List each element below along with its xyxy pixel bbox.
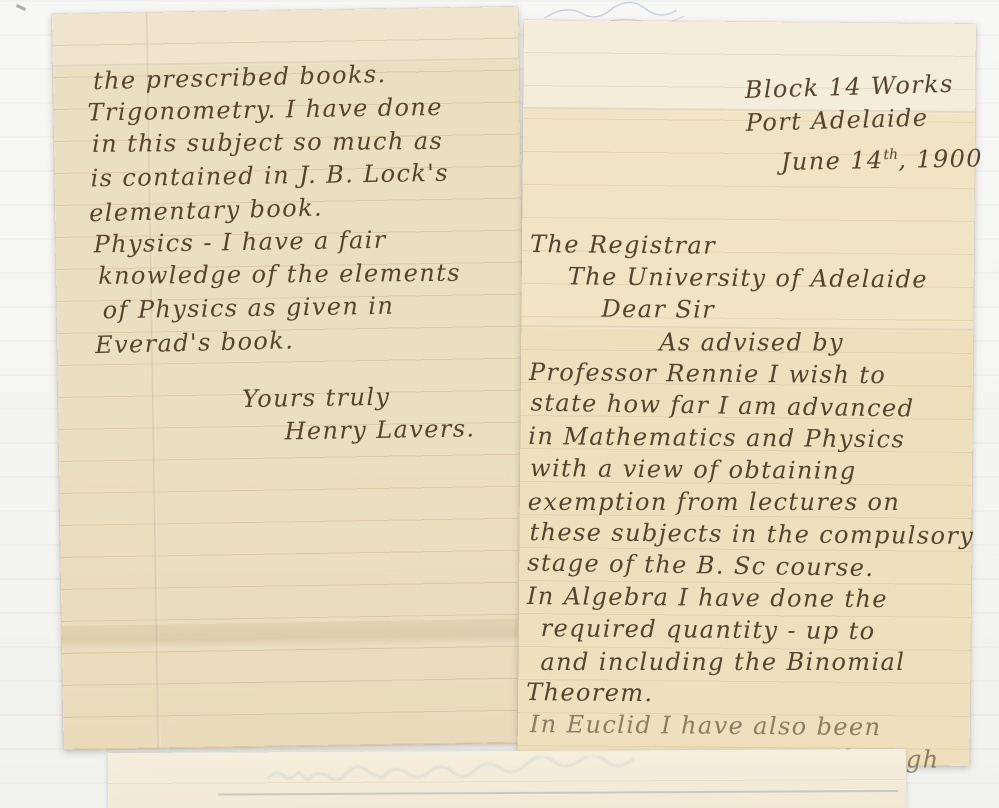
body-line: In Algebra I have done the [527,580,967,616]
closing-line: Yours truly [242,379,512,416]
date-main: June 14 [781,146,884,176]
body-line: with a view of obtaining [530,452,968,488]
address-line: Port Adelaide [745,101,955,140]
body-line: state how far I am advanced [530,387,968,426]
body-line: In Euclid I have also been [530,708,966,744]
body-line: required quantity - up to [541,612,967,648]
body-line: As advised by [659,327,969,359]
body-line: these subjects in the compulsory [529,516,967,552]
letter-page-right: Block 14 Works Port Adelaide June 14th, … [518,20,976,766]
body-line: Professor Rennie I wish to [529,356,969,392]
left-page-text: the prescribed books. Trigonometry. I ha… [87,57,513,452]
body-line: stage of the B. Sc course. [527,547,967,586]
letter-scan: the prescribed books. Trigonometry. I ha… [0,0,999,808]
salutation: Dear Sir [601,293,969,328]
faint-showthrough-writing [258,756,778,793]
sender-address: Block 14 Works Port Adelaide [744,68,955,140]
signature: Henry Lavers. [284,412,512,449]
body-line: and including the Binomial [540,646,966,678]
letter-page-left: the prescribed books. Trigonometry. I ha… [52,7,530,750]
bottom-fold-crease [62,619,528,652]
body-line: in Mathematics and Physics [528,420,968,456]
body-line: exemption from lectures on [528,486,968,518]
handwritten-line: in this subject so much as [92,124,508,161]
underlying-sheet [108,749,906,808]
recipient-line: The Registrar [530,228,970,264]
date-ordinal: th [883,147,898,163]
handwritten-line: knowledge of the elements [98,256,510,293]
recipient-line: The University of Adelaide [568,260,970,296]
date-year: , 1900 [898,144,983,173]
date-line: June 14th, 1900 [780,137,983,179]
body-line: Theorem. [526,676,966,712]
right-page-text: The Registrar The University of Adelaide… [525,228,970,776]
scanner-speck [16,4,26,11]
